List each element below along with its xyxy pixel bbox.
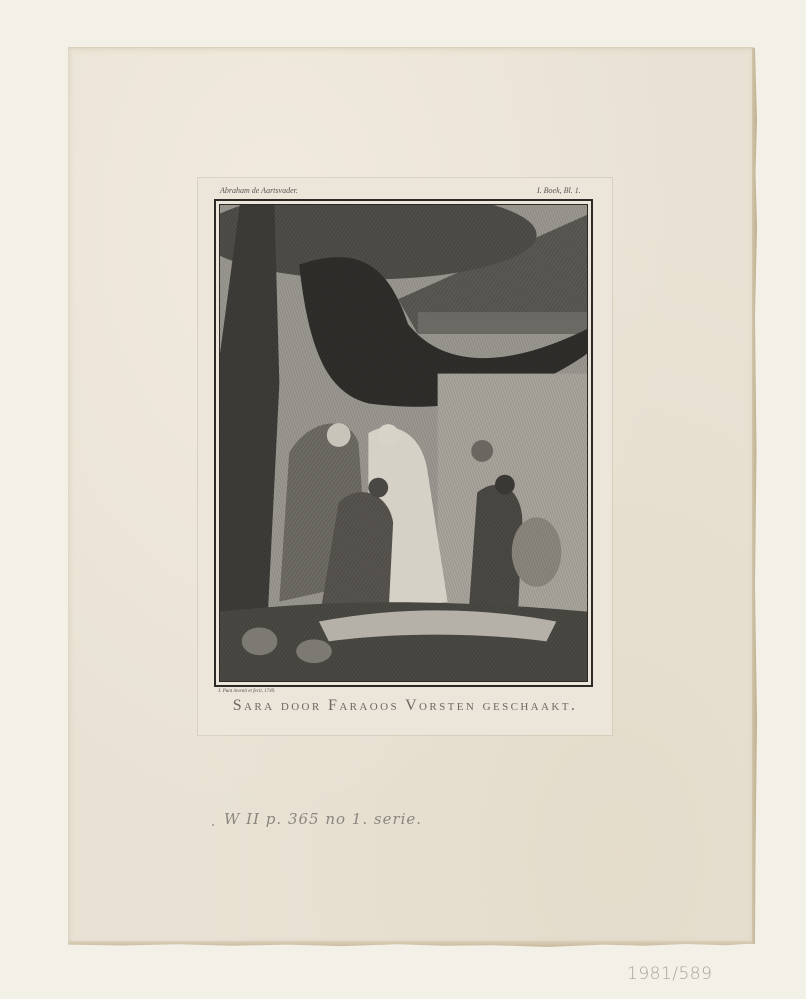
print-title: Sara door Faraoos Vorsten geschaakt.	[210, 697, 600, 715]
deckle-edge-right	[752, 48, 757, 944]
inventory-number: 1981/589	[627, 964, 712, 984]
pencil-annotation: W II p. 365 no 1. serie.	[224, 810, 422, 828]
book-page-header: I. Boek, Bl. 1.	[537, 186, 581, 195]
series-header: Abraham de Aartsvader.	[220, 186, 298, 195]
deckle-edge-bottom	[68, 941, 754, 947]
engraving-frame	[214, 199, 593, 687]
engraving-image	[219, 204, 588, 682]
engraver-credit: J. Punt invenit et fecit, 1749.	[218, 689, 275, 694]
engraving-scene	[220, 205, 587, 681]
pencil-mark	[212, 824, 214, 826]
